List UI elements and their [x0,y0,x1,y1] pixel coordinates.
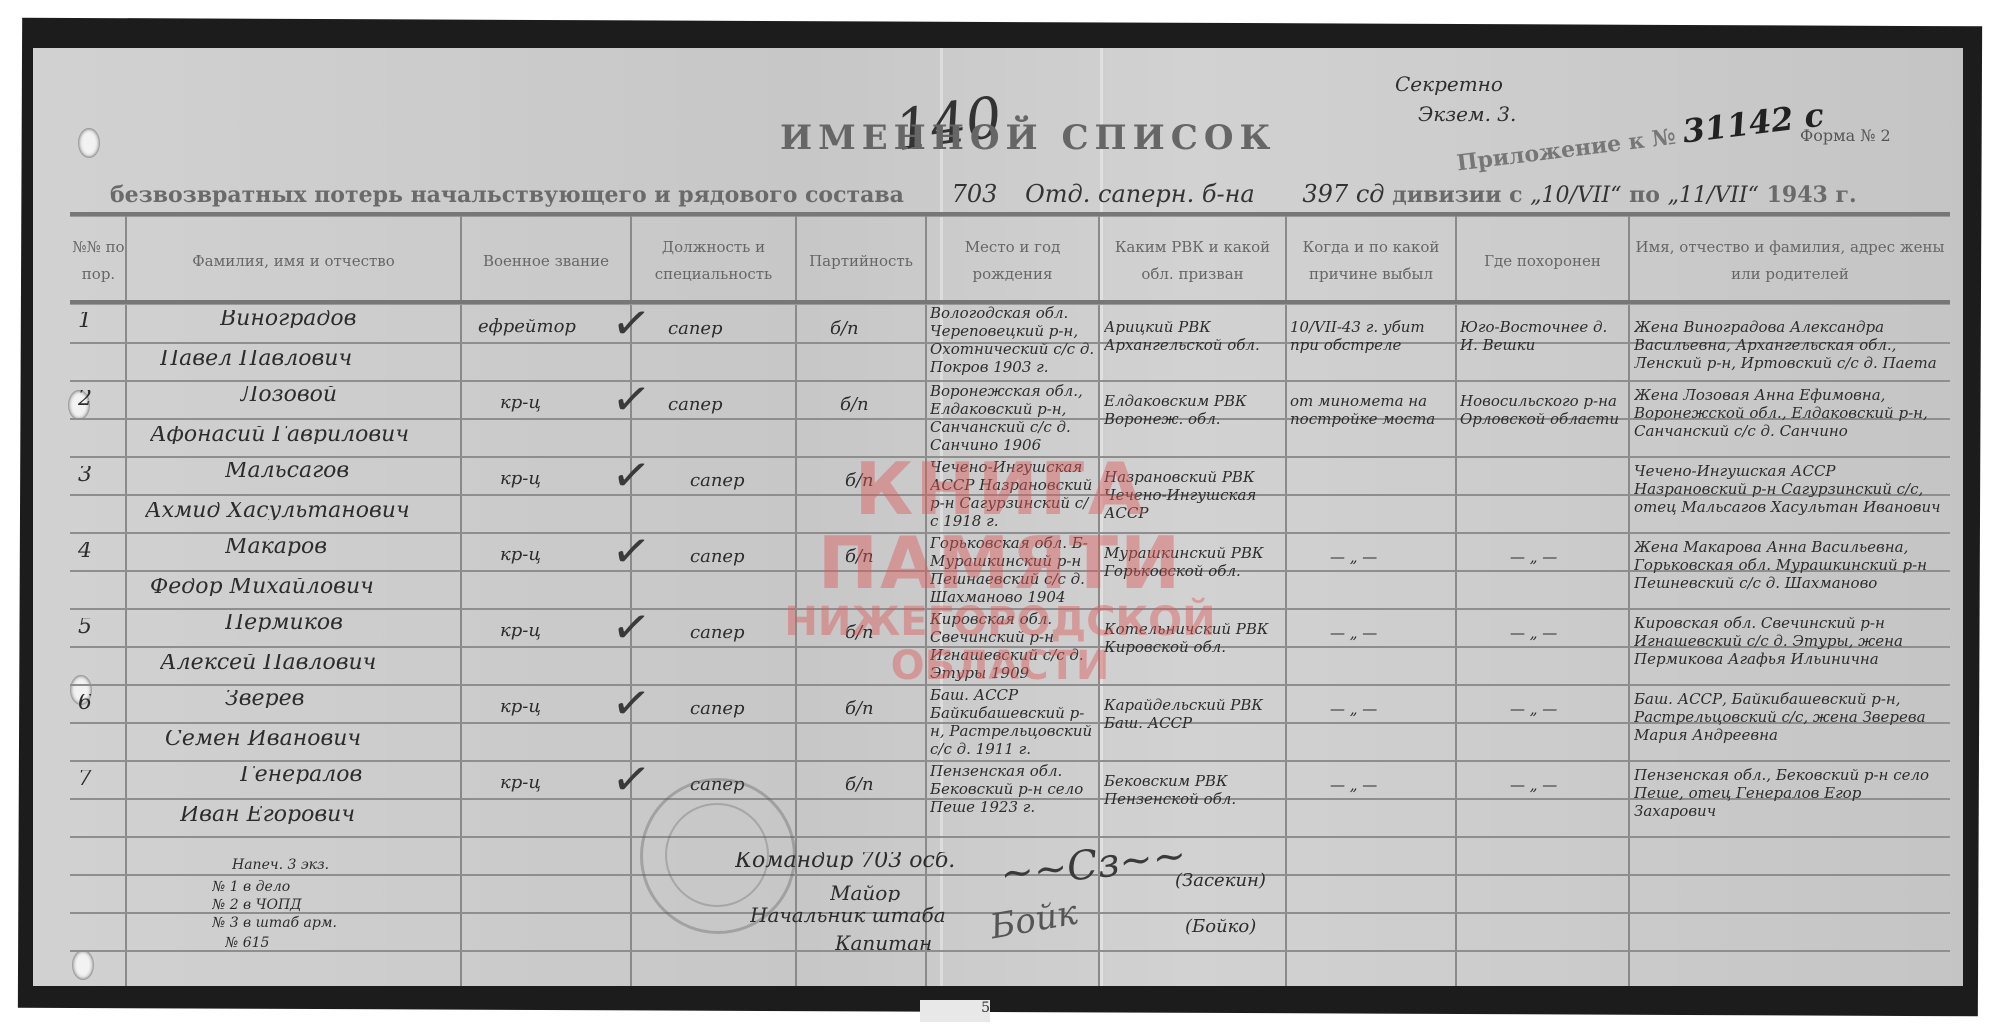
rvk: Мурашкинский РВК Горьковской обл. [1104,544,1284,604]
checkmark-icon: ✓ [608,750,654,809]
col-header-relatives: Имя, отчество и фамилия, адрес жены или … [1630,222,1950,300]
birth-place: Баш. АССР Байкибашевский р-н, Растрельцо… [930,686,1096,762]
rank: кр-ц [500,470,541,488]
when-why: — „ — [1330,776,1450,794]
row-number: 1 [78,312,92,330]
chief-line: Начальник штаба [750,906,946,924]
given-names: Алексей Павлович [160,654,376,672]
document-subtitle: безвозвратных потерь начальствующего и р… [110,180,1857,208]
date-to: „11/VII“ [1668,183,1759,208]
footer-note: № 2 в ЧОПД [212,896,302,914]
when-why: — „ — [1330,700,1450,718]
date-from: „10/VII“ [1530,183,1621,208]
party: б/п [845,776,874,794]
chief-rank: Капитан [835,934,932,952]
checkmark-icon: ✓ [608,522,654,581]
relatives: Жена Макарова Анна Васильевна, Горьковск… [1634,538,1946,608]
surname: Зверев [225,690,304,708]
party: б/п [845,472,874,490]
relatives: Жена Лозовая Анна Ефимовна, Воронежской … [1634,386,1946,452]
party: б/п [840,396,869,414]
surname: Мальсагов [225,462,349,480]
form-label: Форма № 2 [1800,126,1891,145]
position: сапер [690,624,745,642]
commander-name: (Засекин) [1175,872,1266,890]
party: б/п [830,320,859,338]
rvk: Котельничский РВК Кировской обл. [1104,620,1284,680]
surname: Макаров [225,538,327,556]
given-names: Федор Михайлович [150,578,374,596]
given-names: Ахмид Хасультанович [145,502,410,520]
commander-rank: Майор [830,884,900,902]
when-why: 10/VII-43 г. убит при обстреле [1290,318,1454,378]
row-line [70,950,1950,952]
when-why: — „ — [1330,548,1450,566]
grid-line [925,216,927,986]
given-names: Семен Иванович [165,730,361,748]
checkmark-icon: ✓ [608,446,654,505]
buried [1460,468,1626,528]
party: б/п [845,624,874,642]
given-names: Афонасий Гаврилович [150,426,409,444]
when-why [1290,468,1454,528]
header-rule [70,212,1950,217]
birth-place: Кировская обл. Свечинский р-н Игнашевски… [930,610,1096,686]
col-header-rvk: Каким РВК и какой обл. призван [1100,222,1285,300]
row-number: 7 [78,770,92,788]
col-header-buried: Где похоронен [1457,222,1628,300]
commander-line: Командир 703 осб. [735,852,955,870]
footer-note: Напеч. 3 экз. [232,856,329,874]
rvk: Елдаковским РВК Воронеж. обл. [1104,392,1284,452]
row-number: 4 [78,542,92,560]
col-header-position: Должность и специальность [632,222,795,300]
rvk: Карайдельский РВК Баш. АССР [1104,696,1284,756]
position: сапер [690,472,745,490]
buried: — „ — [1510,624,1620,642]
col-header-party: Партийность [797,222,925,300]
surname: Пермиков [225,614,343,632]
rank: кр-ц [500,622,541,640]
year: 1943 [1767,182,1828,208]
buried: — „ — [1510,700,1620,718]
grid-line [1455,216,1457,986]
surname: Виноградов [220,310,356,328]
unit-number: 703 [952,180,998,208]
relatives: Жена Виноградова Александра Васильевна, … [1634,318,1946,378]
footer-note: № 3 в штаб арм. [212,914,337,932]
birth-place: Воронежская обл., Елдаковский р-н, Санча… [930,382,1096,458]
birth-place: Пензенская обл. Бековский р-н село Пеше … [930,762,1096,838]
chief-name: (Бойко) [1185,918,1256,936]
secrecy-mark: Секретно [1395,72,1503,96]
footer-note: № 1 в дело [212,878,290,896]
rank: ефрейтор [478,318,576,336]
document-title: ИМЕННОЙ СПИСОК [780,118,1276,158]
birth-place: Горьковская обл. Б-Мурашкинский р-н Пешн… [930,534,1096,610]
given-names: Иван Егорович [180,806,355,824]
copy-mark: Экзем. 3. [1418,102,1516,126]
given-names: Павел Павлович [160,350,352,368]
party: б/п [845,700,874,718]
relatives: Кировская обл. Свечинский р-н Игнашевски… [1634,614,1946,684]
relatives: Пензенская обл., Бековский р-н село Пеше… [1634,766,1946,836]
rank: кр-ц [500,394,541,412]
buried: — „ — [1510,776,1620,794]
grid-line [795,216,797,986]
footer-note: № 615 [225,934,269,952]
party: б/п [845,548,874,566]
position: сапер [690,700,745,718]
relatives: Баш. АССР, Байкибашевский р-н, Растрельц… [1634,690,1946,760]
birth-place: Вологодская обл. Череповецкий р-н, Охотн… [930,304,1096,380]
row-number: 5 [78,618,92,636]
rvk: Арицкий РВК Архангельской обл. [1104,318,1284,378]
punch-hole [72,950,94,980]
col-header-name: Фамилия, имя и отчество [127,222,460,300]
checkmark-icon: ✓ [608,598,654,657]
buried: Юго-Восточнее д. И. Вешки [1460,318,1626,378]
grid-line [1285,216,1287,986]
checkmark-icon: ✓ [608,294,654,353]
col-header-when-why: Когда и по какой причине выбыл [1287,222,1455,300]
col-header-rank: Военное звание [462,222,630,300]
buried: Новосильского р-на Орловской области [1460,392,1626,452]
surname: Генералов [240,766,362,784]
grid-line [125,216,127,986]
unit-type: Отд. саперн. б-на [1025,180,1255,208]
birth-place: Чечено-Ингушская АССР Назрановский р-н С… [930,458,1096,534]
punch-hole [78,128,100,158]
col-header-number: №№ по пор. [72,222,125,300]
row-number: 6 [78,694,92,712]
rank: кр-ц [500,774,541,792]
grid-line [460,216,462,986]
position: сапер [668,396,723,414]
position: сапер [668,320,723,338]
checkmark-icon: ✓ [608,370,654,429]
col-header-birth: Место и год рождения [927,222,1098,300]
when-why: — „ — [1330,624,1450,642]
grid-line [1628,216,1630,986]
rvk: Назрановский РВК Чечено-Ингушская АССР [1104,468,1284,528]
row-number: 2 [78,390,92,408]
relatives: Чечено-Ингушская АССР Назрановский р-н С… [1634,462,1946,532]
when-why: от миномета на постройке моста [1290,392,1454,452]
surname: Лозовой [240,386,337,404]
rank: кр-ц [500,546,541,564]
row-number: 3 [78,466,92,484]
rvk: Бековским РВК Пензенской обл. [1104,772,1284,832]
position: сапер [690,548,745,566]
buried: — „ — [1510,548,1620,566]
rank: кр-ц [500,698,541,716]
checkmark-icon: ✓ [608,674,654,733]
scan-ruler: 5 [920,1000,990,1022]
division-number: 397 сд [1302,180,1384,208]
